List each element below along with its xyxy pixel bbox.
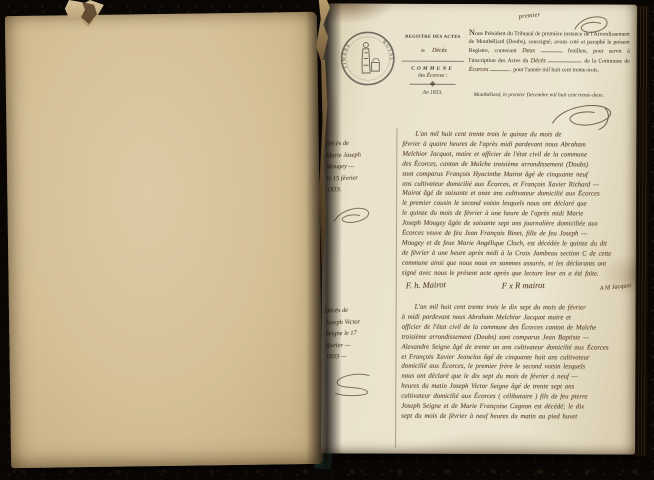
handwriting-line: troisième arrondissement (Doubs) sont co…: [402, 332, 633, 343]
handwriting-line: signé avec nous le présent acte après qu…: [402, 268, 633, 279]
commune-label: COMMUNE: [402, 66, 464, 72]
handwriting-line: Alexandre Seigne âgé de trente un ans cu…: [401, 342, 632, 353]
handwriting-line: commune ainsi que nous nous en sommes as…: [402, 258, 633, 269]
act1-body-text: L'an mil huit cent trente trois le quinz…: [402, 130, 634, 280]
commune-des-label: des: [418, 73, 425, 79]
year-label: An 1833.: [402, 90, 464, 96]
register-de-label: de: [421, 48, 425, 53]
act2-body-text: L'an mil huit cent trente trois le dix s…: [401, 303, 633, 423]
act2-margin-note: Décès deJoseph VictorSeigne le 17février…: [325, 303, 395, 363]
attestation-text-4: pour l'année mil huit cent trente-trois.: [512, 67, 599, 73]
ornament-rule: [410, 84, 456, 85]
margin-note-line: 1833.: [327, 182, 395, 196]
handwriting-line: sont comparus François Hyacinthe Mairot …: [402, 169, 633, 180]
margin-note-line: 1833 —: [326, 349, 394, 363]
feuillets-count-handwritten: Deux: [522, 47, 535, 54]
handwriting-line: officier de l'état civil de la commune d…: [402, 322, 633, 333]
signature-mairot-1: F. h. Mairot: [406, 279, 446, 290]
act2-margin-paraph-icon: [327, 369, 375, 399]
act1-signatures-row: F. h. Mairot F x R mairot A M Jacquot: [406, 280, 632, 291]
president-signature-flourish: [546, 101, 626, 133]
stamp-figure: [362, 42, 379, 73]
act1-margin-paraph-icon: [330, 203, 374, 229]
handwriting-line: sept du mois de février à neuf heures du…: [401, 412, 632, 423]
book-photo: premier TIMBRE ROYAL: [0, 0, 654, 480]
divider-rule: [402, 61, 464, 62]
tribunal-stamp-seal: TIMBRE ROYAL: [339, 29, 397, 87]
president-attestation: Nous Président du Tribunal de première i…: [469, 29, 630, 75]
stamp-text-right: ROYAL: [381, 40, 394, 62]
attestation-text-3: de la Commune de: [582, 58, 630, 64]
signature-mairot-2: F x R mairot: [502, 280, 545, 291]
top-annotation: premier: [519, 12, 541, 20]
register-label-block: REGISTRE DES ACTES de Décès COMMUNE des …: [402, 34, 464, 96]
register-type-handwritten: Décès: [432, 48, 447, 54]
blank-left-page: [5, 12, 323, 468]
signature-jacquot-mayor: A M Jacquot: [600, 282, 632, 292]
commune-value-handwritten: Écorces: [469, 66, 489, 73]
handwriting-line: des Écorces, canton de Maîche troisième …: [402, 159, 633, 170]
handwriting-line: Melchior Jacquot, maire et officier de l…: [402, 149, 633, 160]
act1-margin-note: Décès deMarie JosephMougey —le 15 févrie…: [325, 136, 395, 196]
blank-fill-line: [548, 56, 582, 62]
blank-fill-line: [490, 65, 512, 71]
svg-text:ROYAL: ROYAL: [381, 40, 394, 62]
blank-fill-line: [541, 46, 563, 52]
actes-type-handwritten: Décès: [531, 57, 546, 64]
register-right-page: premier TIMBRE ROYAL: [321, 3, 637, 454]
commune-name-handwritten: Écorces :: [427, 73, 448, 79]
attestation-dateline: Montbéliard, le premier Décembre mil hui…: [474, 92, 632, 99]
margin-divider-rule: [395, 128, 397, 448]
